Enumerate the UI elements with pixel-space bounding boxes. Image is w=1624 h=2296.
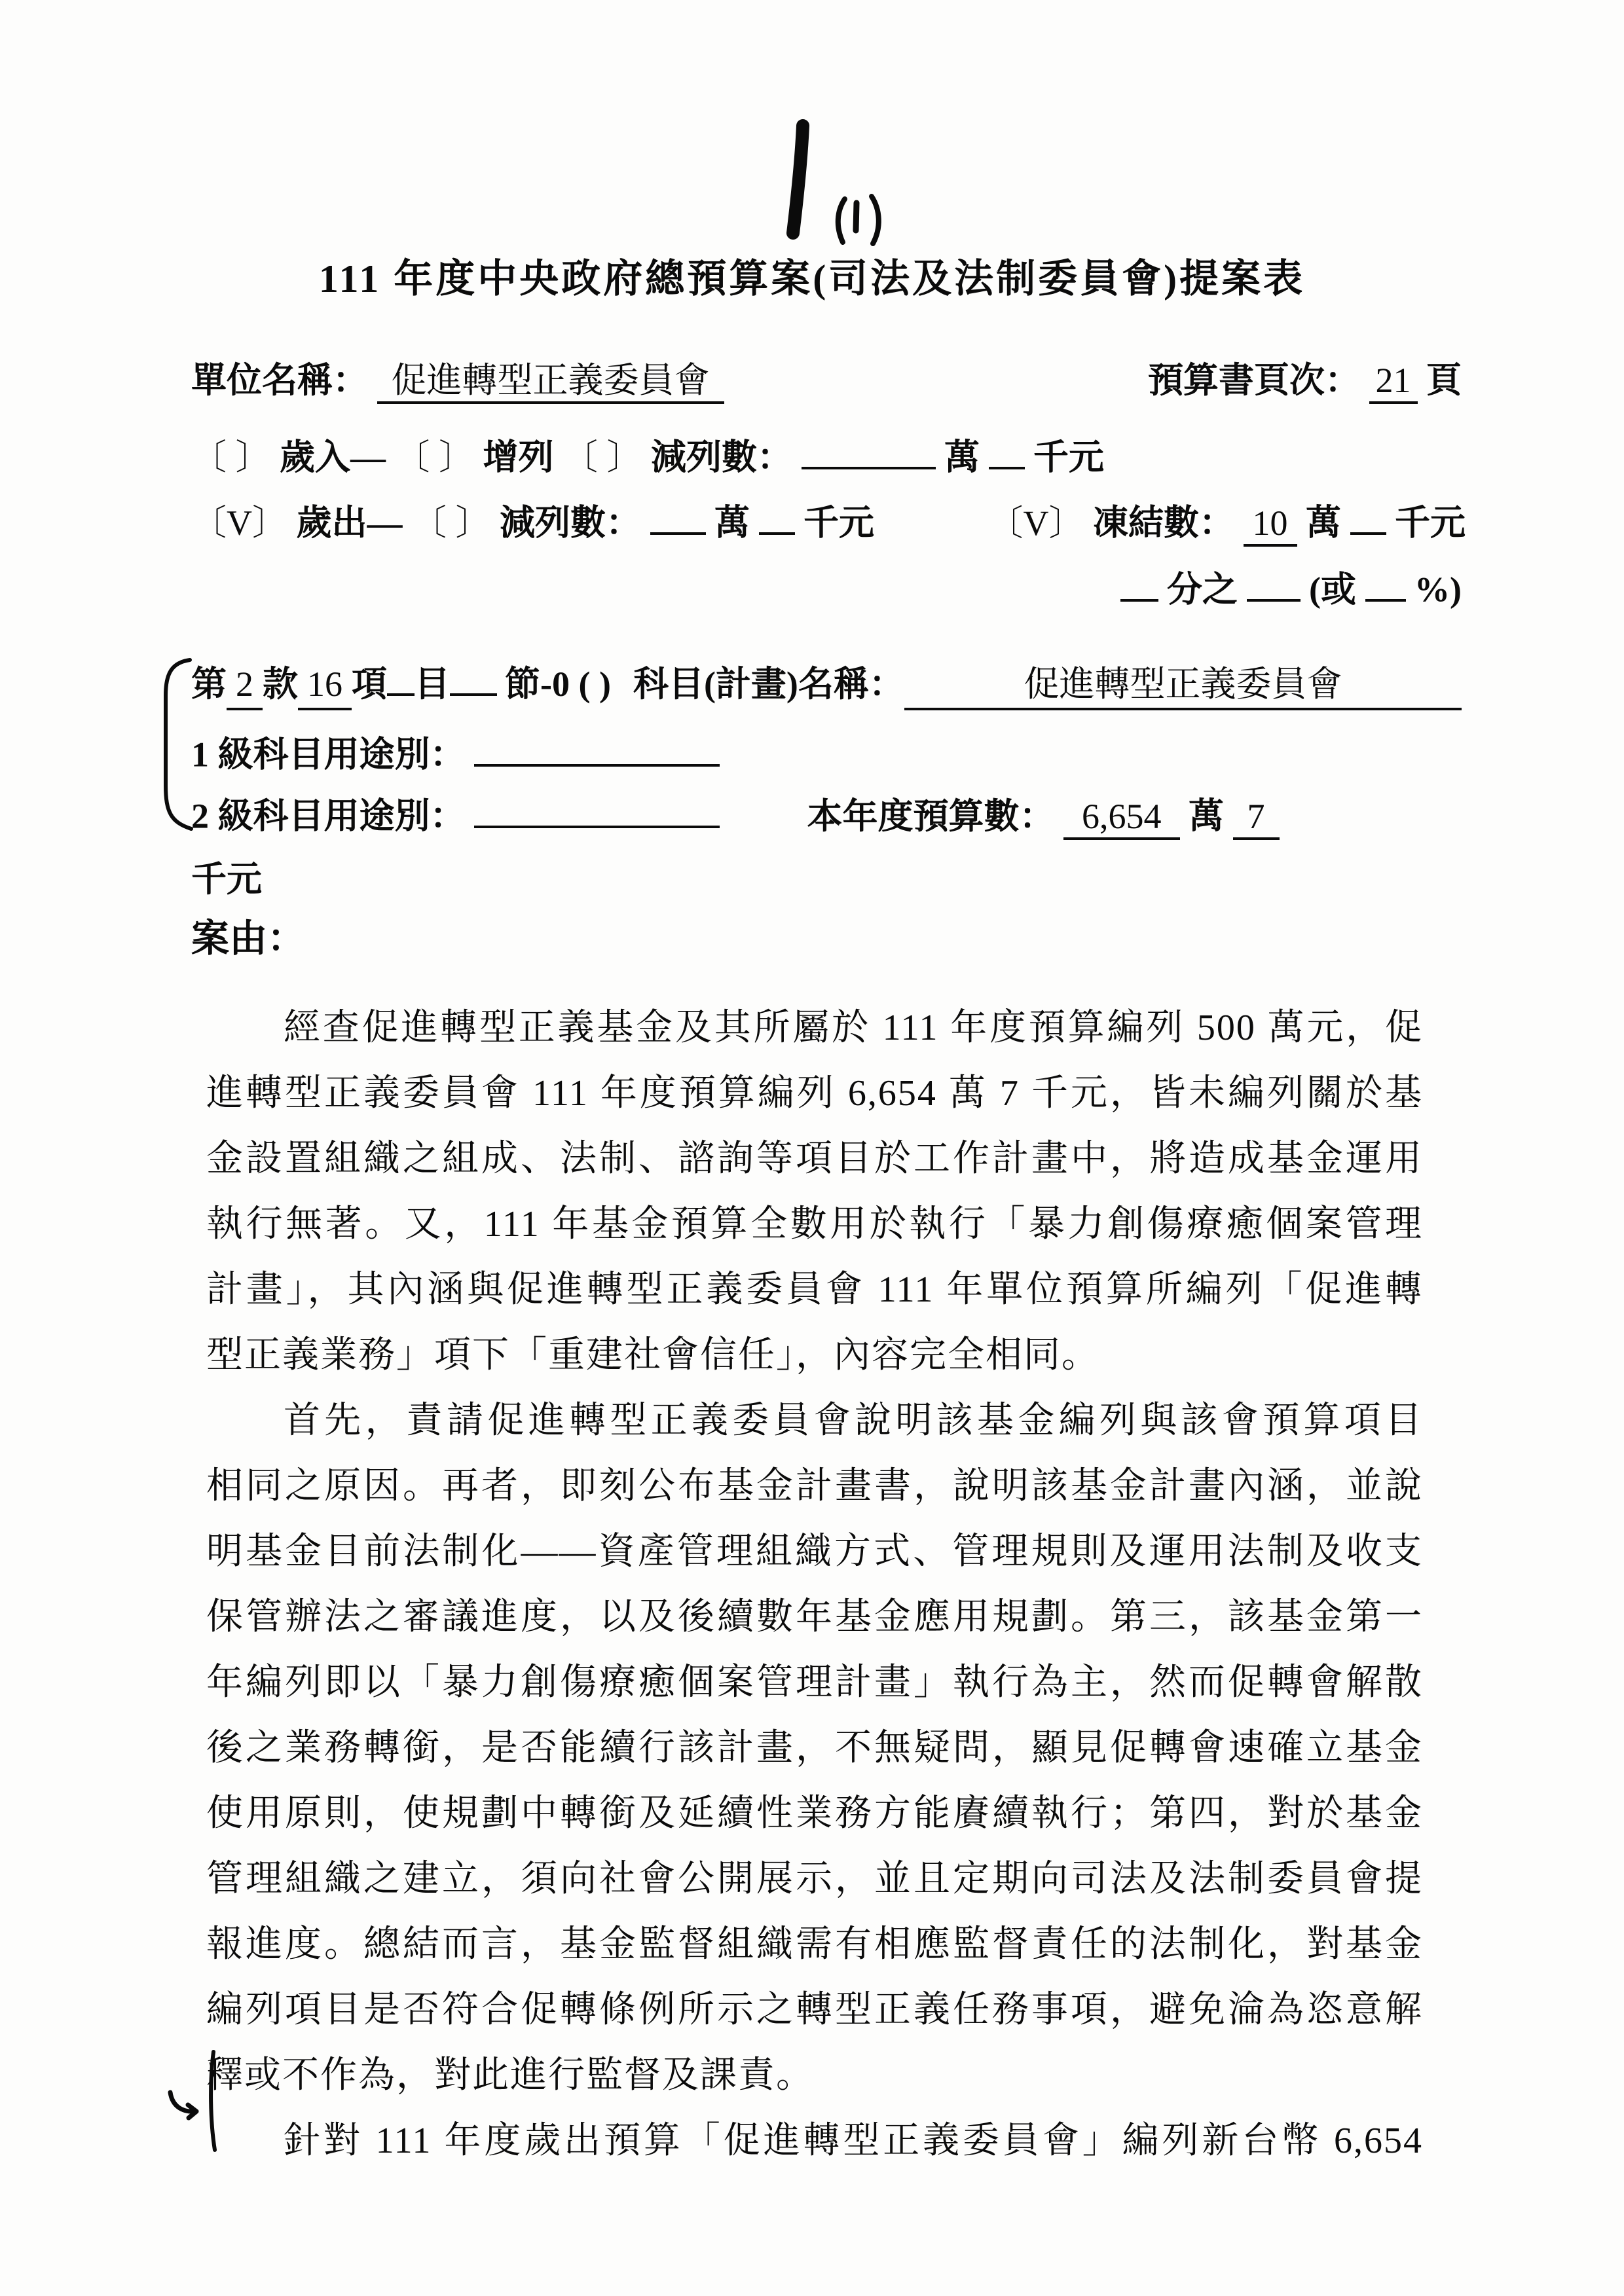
expenditure-row: 〔V〕 歲出— 〔 〕 減列數： 萬 千元 〔V〕 凍結數： 10 萬 千元 (191, 500, 1462, 545)
fraction-blank-2 (1247, 567, 1301, 602)
subject-name-value: 促進轉型正義委員會 (904, 663, 1462, 711)
revenue-increase-label: 增列 (483, 438, 554, 477)
level2-label: 2 級科目用途別： (191, 797, 466, 836)
revenue-decrease-label: 減列數： (651, 438, 792, 477)
body-line: 首先，責請促進轉型正義委員會說明該基金編列與該會預算項目 (206, 1388, 1423, 1453)
budget-book-page-value: 21 (1369, 361, 1418, 404)
section-mu-label: 目 (415, 663, 450, 707)
section-xiang-label: 項 (352, 663, 387, 707)
fraction-label: 分之 (1167, 570, 1238, 610)
freeze-wan-unit: 萬 (1306, 503, 1341, 543)
section-jie-blank (450, 661, 497, 696)
budget-amount-label: 本年度預算數： (807, 797, 1055, 836)
expenditure-decrease-label: 減列數： (500, 503, 641, 543)
freeze-label: 凍結數： (1093, 503, 1234, 543)
revenue-wan-unit: 萬 (944, 438, 980, 477)
section-jie-label: 節-0 ( ) (505, 663, 611, 707)
fraction-blank-3 (1365, 567, 1406, 602)
revenue-row: 〔 〕 歲入— 〔 〕 增列 〔 〕 減列數： 萬 千元 (191, 435, 1462, 480)
freeze-thousand-unit: 千元 (1395, 503, 1466, 543)
fraction-percent-label: %) (1414, 570, 1462, 610)
body-line: 保管辦法之審議進度，以及後續數年基金應用規劃。第三，該基金第一 (206, 1584, 1423, 1650)
section-xiang-value: 16 (298, 663, 352, 711)
body-line: 明基金目前法制化——資產管理組織方式、管理規則及運用法制及收支 (206, 1519, 1423, 1584)
level2-blank (474, 793, 720, 828)
level1-blank (474, 732, 720, 767)
body-line: 管理組織之建立，須向社會公開展示，並且定期向司法及法制委員會提 (206, 1846, 1423, 1912)
body-line: 後之業務轉銜，是否能續行該計畫，不無疑問，顯見促轉會速確立基金 (206, 1715, 1423, 1781)
fraction-blank-1 (1120, 567, 1158, 602)
section-prefix: 第 (191, 663, 227, 707)
revenue-label: 歲入— (280, 438, 386, 477)
revenue-amount-blank (802, 435, 936, 469)
handwritten-margin-mark (161, 2043, 233, 2160)
revenue-checkbox: 〔 〕 (191, 438, 271, 477)
unit-name-group: 單位名稱： 促進轉型正義委員會 (191, 359, 724, 403)
section-kuan-label: 款 (263, 663, 298, 707)
unit-name-row: 單位名稱： 促進轉型正義委員會 預算書頁次： 21 頁 (191, 359, 1462, 403)
body-line: 金設置組織之組成、法制、諮詢等項目於工作計畫中，將造成基金運用 (206, 1126, 1423, 1192)
body-line: 編列項目是否符合促轉條例所示之轉型正義任務事項，避免淪為恣意解 (206, 1977, 1423, 2043)
fraction-row: 分之 (或 %) (191, 567, 1462, 612)
body-line: 釋或不作為，對此進行監督及課責。 (206, 2043, 1423, 2108)
budget-amount-value: 6,654 (1063, 797, 1180, 840)
thousand-unit-row: 千元 (191, 858, 1462, 902)
body-line: 報進度。總結而言，基金監督組織需有相應監督責任的法制化，對基金 (206, 1912, 1423, 1977)
unit-name-label: 單位名稱： (191, 361, 368, 400)
body-line: 計畫」，其內涵與促進轉型正義委員會 111 年單位預算所編列「促進轉 (206, 1257, 1423, 1322)
page-title: 111 年度中央政府總預算案(司法及法制委員會)提案表 (0, 247, 1624, 304)
subject-name-label: 科目(計畫)名稱： (633, 663, 904, 707)
freeze-value: 10 (1244, 503, 1297, 547)
freeze-checkbox: 〔V〕 (988, 503, 1084, 543)
body-line: 型正義業務」項下「重建社會信任」，內容完全相同。 (206, 1322, 1423, 1388)
budget-book-page-unit: 頁 (1426, 361, 1462, 400)
expenditure-thousand-unit: 千元 (803, 503, 874, 543)
expenditure-checkbox: 〔V〕 (191, 503, 287, 543)
case-body-text: 經查促進轉型正義基金及其所屬於 111 年度預算編列 500 萬元，促 進轉型正… (206, 995, 1423, 2174)
unit-name-value: 促進轉型正義委員會 (377, 361, 724, 404)
document-page: 111 年度中央政府總預算案(司法及法制委員會)提案表 單位名稱： 促進轉型正義… (0, 0, 1624, 2296)
body-line: 執行無著。又，111 年基金預算全數用於執行「暴力創傷療癒個案管理 (206, 1192, 1423, 1257)
freeze-thousand-blank (1350, 500, 1386, 535)
budget-book-page-group: 預算書頁次： 21 頁 (1148, 359, 1462, 403)
expenditure-thousand-blank (759, 500, 795, 535)
level2-row: 2 級科目用途別： 本年度預算數： 6,654 萬 7 (191, 793, 1462, 839)
section-mu-blank (387, 661, 415, 696)
expenditure-wan-unit: 萬 (714, 503, 750, 543)
budget-book-page-label: 預算書頁次： (1148, 361, 1360, 400)
body-line: 針對 111 年度歲出預算「促進轉型正義委員會」編列新台幣 6,654 (206, 2108, 1423, 2174)
revenue-increase-checkbox: 〔 〕 (395, 438, 475, 477)
revenue-thousand-blank (989, 435, 1025, 469)
thousand-unit-label: 千元 (191, 860, 262, 899)
budget-wan-unit: 萬 (1189, 797, 1224, 836)
body-line: 年編列即以「暴力創傷療癒個案管理計畫」執行為主，然而促轉會解散 (206, 1650, 1423, 1715)
fraction-or-label: (或 (1309, 570, 1356, 610)
section-kuan-value: 2 (227, 663, 263, 711)
level1-label: 1 級科目用途別： (191, 735, 466, 774)
case-heading-row: 案由： (191, 915, 1462, 963)
expenditure-label: 歲出— (297, 503, 403, 543)
level1-row: 1 級科目用途別： (191, 732, 1462, 777)
body-line: 相同之原因。再者，即刻公布基金計畫書，說明該基金計畫內涵，並說 (206, 1453, 1423, 1519)
expenditure-decrease-checkbox: 〔 〕 (411, 503, 491, 543)
handwritten-page-number-mark (773, 111, 917, 262)
case-heading-label: 案由： (191, 917, 305, 960)
budget-thousand-value: 7 (1233, 797, 1280, 840)
body-line: 進轉型正義委員會 111 年度預算編列 6,654 萬 7 千元，皆未編列關於基 (206, 1061, 1423, 1126)
section-row: 第 2 款 16 項 目 節-0 ( ) 科目(計畫)名稱： 促進轉型正義委員會 (191, 661, 1462, 710)
revenue-decrease-checkbox: 〔 〕 (563, 438, 642, 477)
body-line: 經查促進轉型正義基金及其所屬於 111 年度預算編列 500 萬元，促 (206, 995, 1423, 1061)
expenditure-amount-blank (650, 500, 706, 535)
revenue-thousand-unit: 千元 (1033, 438, 1104, 477)
body-line: 使用原則，使規劃中轉銜及延續性業務方能賡續執行；第四，對於基金 (206, 1781, 1423, 1846)
